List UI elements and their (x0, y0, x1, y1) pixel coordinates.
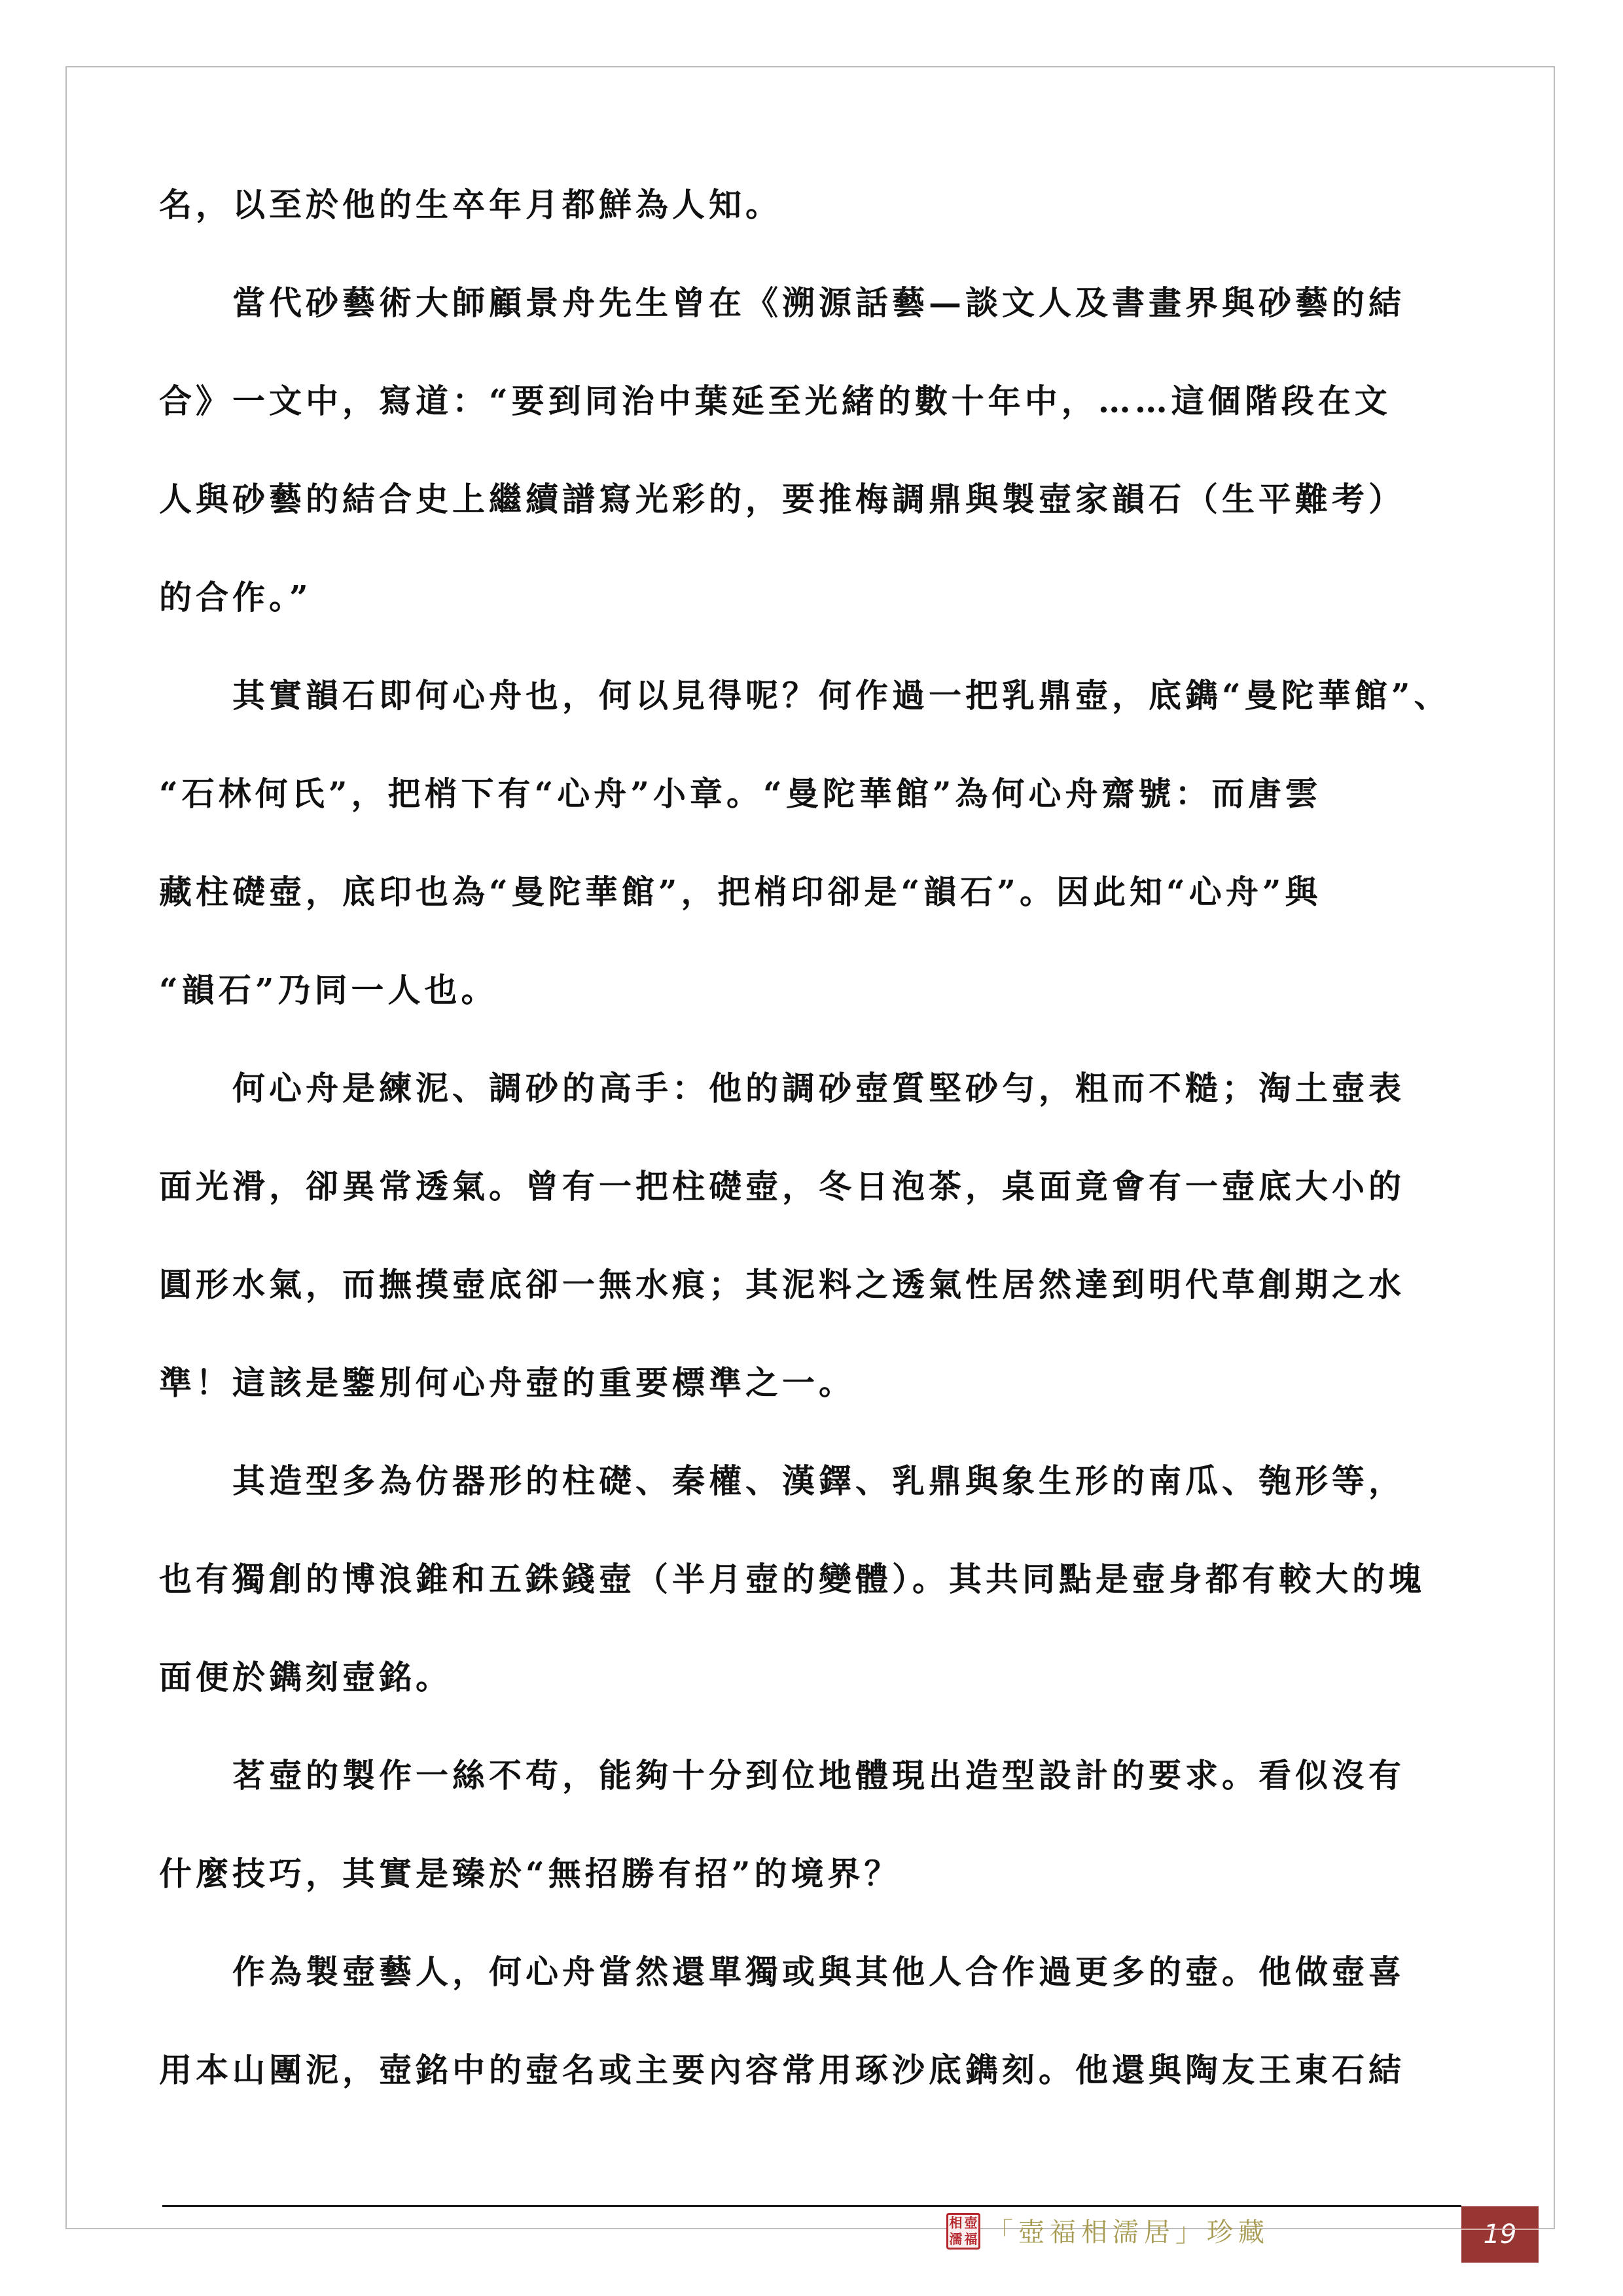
text-line: “石林何氏”，把梢下有“心舟”小章。“曼陀華館”為何心舟齋號：而唐雲 (159, 771, 1322, 817)
seal-char: 濡 (948, 2231, 963, 2248)
text-line: 何心舟是練泥、調砂的高手：他的調砂壺質堅砂勻，粗而不糙；淘土壺表 (232, 1066, 1405, 1111)
text-line: 名，以至於他的生卒年月都鮮為人知。 (159, 182, 782, 228)
text-line: 茗壺的製作一絲不苟，能夠十分到位地體現出造型設計的要求。看似沒有 (232, 1753, 1405, 1799)
text-line: 準！這該是鑒別何心舟壺的重要標準之一。 (159, 1360, 855, 1406)
text-line: 也有獨創的博浪錐和五銖錢壺（半月壺的變體）。其共同點是壺身都有較大的塊 (159, 1556, 1425, 1602)
seal-stamp-icon: 壺 福 相 濡 (946, 2213, 980, 2250)
text-line: 其實韻石即何心舟也，何以見得呢？何作過一把乳鼎壺，底鐫“曼陀華館”、 (232, 673, 1451, 719)
text-line: 圓形水氣，而撫摸壺底卻一無水痕；其泥料之透氣性居然達到明代草創期之水 (159, 1262, 1405, 1308)
text-line: 面光滑，卻異常透氣。曾有一把柱礎壺，冬日泡茶，桌面竟會有一壺底大小的 (159, 1164, 1405, 1210)
text-line: 用本山團泥，壺銘中的壺名或主要內容常用琢沙底鐫刻。他還與陶友王東石結 (159, 2047, 1405, 2093)
text-line: 什麼技巧，其實是臻於“無招勝有招”的境界？ (159, 1851, 901, 1897)
text-line: 面便於鐫刻壺銘。 (159, 1655, 452, 1700)
footer-collection-title: 「壺福相濡居」珍藏 (987, 2210, 1270, 2255)
text-line: 當代砂藝術大師顧景舟先生曾在《溯源話藝—談文人及書畫界與砂藝的結 (232, 280, 1405, 326)
footer-divider (162, 2205, 1461, 2207)
frame-line-overlay (1461, 2229, 1539, 2230)
seal-char: 相 (948, 2215, 963, 2231)
text-line: 人與砂藝的結合史上繼續譜寫光彩的，要推梅調鼎與製壺家韻石（生平難考） (159, 476, 1405, 522)
text-line: 的合作。” (159, 575, 312, 620)
text-line: 其造型多為仿器形的柱礎、秦權、漢鐸、乳鼎與象生形的南瓜、匏形等， (232, 1458, 1405, 1504)
text-line: 藏柱礎壺，底印也為“曼陀華館”，把梢印卻是“韻石”。因此知“心舟”與 (159, 869, 1322, 915)
seal-char: 壺 (963, 2215, 978, 2231)
seal-char: 福 (963, 2231, 978, 2248)
text-line: 合》一文中，寫道：“要到同治中葉延至光緒的數十年中，……這個階段在文 (159, 378, 1391, 424)
page-number: 19 (1461, 2206, 1539, 2263)
text-line: 作為製壺藝人，何心舟當然還單獨或與其他人合作過更多的壺。他做壺喜 (232, 1949, 1405, 1995)
text-line: “韻石”乃同一人也。 (159, 967, 498, 1013)
